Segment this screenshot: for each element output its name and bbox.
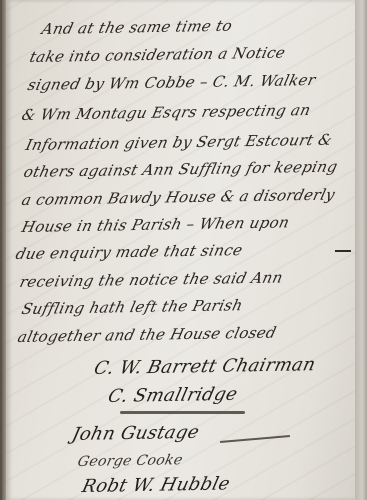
signature-chairman: C. W. Barrett Chairman xyxy=(92,354,318,379)
line-end-dash xyxy=(335,250,351,252)
signature-gustage: John Gustage xyxy=(70,422,201,445)
signature-cooke: George Cooke xyxy=(76,452,184,470)
adjacent-page-strip xyxy=(355,0,367,500)
text-line-1: And at the same time to xyxy=(40,17,234,38)
signature-smallridge: C. Smallridge xyxy=(106,384,240,407)
signature-underline xyxy=(120,411,245,414)
signature-hubble: Robt W. Hubble xyxy=(80,473,232,497)
